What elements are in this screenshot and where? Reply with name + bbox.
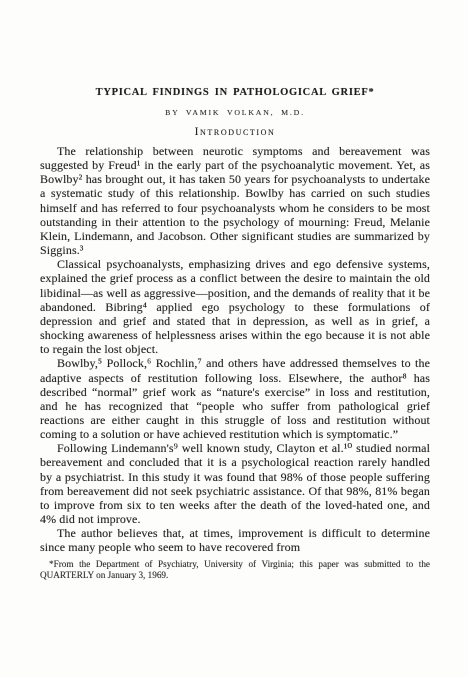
scanned-paper-page: TYPICAL FINDINGS IN PATHOLOGICAL GRIEF* … bbox=[0, 0, 468, 677]
paragraph: Following Lindemann's⁹ well known study,… bbox=[40, 441, 430, 526]
paragraph: Bowlby,⁵ Pollock,⁶ Rochlin,⁷ and others … bbox=[40, 356, 430, 441]
paragraph: Classical psychoanalysts, emphasizing dr… bbox=[40, 257, 430, 356]
section-heading-introduction: Introduction bbox=[40, 126, 430, 138]
article-title: TYPICAL FINDINGS IN PATHOLOGICAL GRIEF* bbox=[40, 87, 430, 98]
article-body: The relationship between neurotic sympto… bbox=[40, 144, 430, 555]
footnote: *From the Department of Psychiatry, Univ… bbox=[40, 559, 430, 582]
article-byline: BY VAMIK VOLKAN, M.D. bbox=[40, 108, 430, 117]
paragraph: The author believes that, at times, impr… bbox=[40, 526, 430, 554]
paragraph: The relationship between neurotic sympto… bbox=[40, 144, 430, 257]
